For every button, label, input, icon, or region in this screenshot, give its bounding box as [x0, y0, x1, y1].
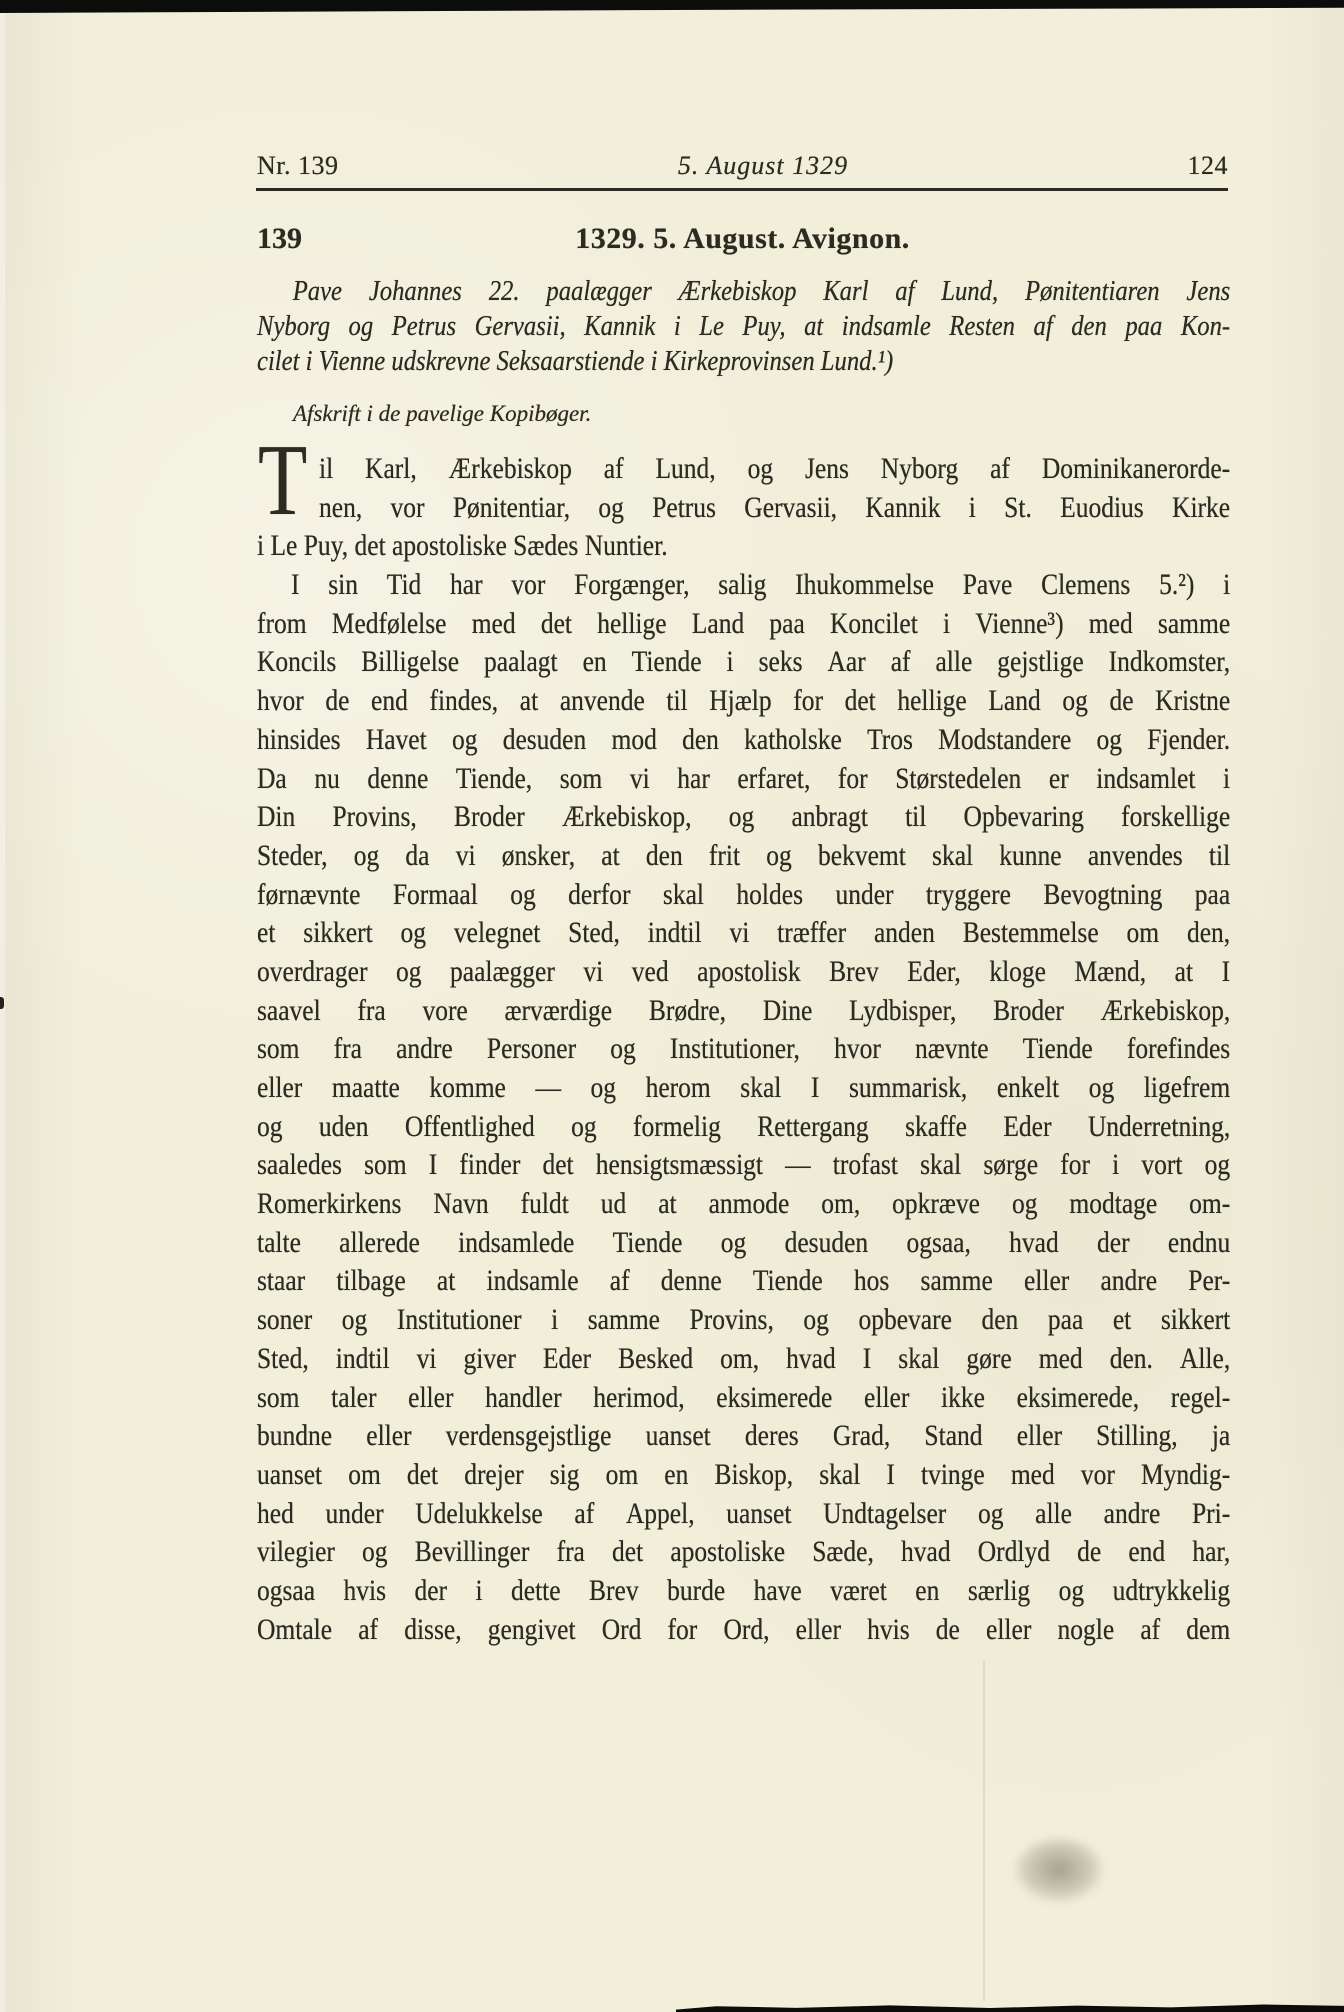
body-text-line: KoncilsBilligelsepaalagtenTiendeiseksAar…	[257, 643, 1230, 682]
body-text-line: DinProvins,BroderÆrkebiskop,oganbragttil…	[257, 798, 1230, 837]
scanned-book-page: Nr. 139 5. August 1329 124 139 1329. 5. …	[0, 0, 1344, 2012]
letter-body: T ilKarl,ÆrkebiskopafLund,ogJensNyborgaf…	[257, 450, 1230, 1649]
summary-line: PaveJohannes22.paalæggerÆrkebiskopKarlaf…	[257, 274, 1230, 309]
entry-number: 139	[257, 222, 302, 256]
body-text-line: Steder,ogdaviønsker,atdenfritogbekvemtsk…	[257, 837, 1230, 876]
regest-summary: PaveJohannes22.paalæggerÆrkebiskopKarlaf…	[257, 274, 1230, 379]
ink-smudge	[1005, 1838, 1113, 1936]
summary-line: NyborgogPetrusGervasii,KannikiLePuy,atin…	[257, 309, 1230, 344]
body-text-line: fromMedfølelsemeddethelligeLandpaaKoncil…	[257, 605, 1230, 644]
entry-heading: 1329. 5. August. Avignon.	[257, 222, 1228, 256]
edge-ink-speck	[0, 997, 4, 1009]
body-text-line: ogudenOffentlighedogformeligRettergangsk…	[257, 1108, 1230, 1147]
body-text-line: i Le Puy, det apostoliske Sædes Nuntier.	[257, 527, 1230, 566]
paper-edge-highlight	[0, 13, 5, 2012]
body-text-line: førnævnteFormaalogderforskalholdesundert…	[257, 876, 1230, 915]
body-text-line: ilKarl,ÆrkebiskopafLund,ogJensNyborgafDo…	[319, 450, 1230, 489]
header-page-number: 124	[1187, 151, 1228, 181]
body-text-line: IsinTidharvorForgænger,saligIhukommelseP…	[257, 566, 1230, 605]
body-text-line: hvordeendfindes,atanvendetilHjælpfordeth…	[257, 682, 1230, 721]
body-text-line: taltealleredeindsamledeTiendeogdesudenog…	[257, 1224, 1230, 1263]
body-text-line: hedunderUdelukkelseafAppel,uansetUndtage…	[257, 1495, 1230, 1534]
body-text-line: etsikkertogvelegnetSted,indtilvitræffera…	[257, 914, 1230, 953]
header-date: 5. August 1329	[678, 151, 848, 181]
scan-border-bottom	[676, 2001, 1344, 2012]
header-rule	[256, 188, 1228, 191]
body-text-line: RomerkirkensNavnfuldtudatanmodeom,opkræv…	[257, 1185, 1230, 1224]
paper-crease	[983, 1660, 985, 2001]
body-text-line: Omtaleafdisse,gengivetOrdforOrd,ellerhvi…	[257, 1611, 1230, 1650]
body-text-line: bundneellerverdensgejstligeuansetderesGr…	[257, 1417, 1230, 1456]
body-text-line: overdragerogpaalæggervivedapostoliskBrev…	[257, 953, 1230, 992]
body-text-line: nen,vorPønitentiar,ogPetrusGervasii,Kann…	[319, 489, 1230, 528]
body-text-line: DanudenneTiende,somviharerfaret,forStørs…	[257, 760, 1230, 799]
body-text-line: ellermaattekomme—ogheromskalIsummarisk,e…	[257, 1069, 1230, 1108]
body-text-line: saavelfravoreærværdigeBrødre,DineLydbisp…	[257, 992, 1230, 1031]
body-text-line: ogsaahvisderidetteBrevburdehaveværetensæ…	[257, 1572, 1230, 1611]
body-text-line: uansetomdetdrejersigomenBiskop,skalItvin…	[257, 1456, 1230, 1495]
body-text-line: vilegierogBevillingerfradetapostoliskeSæ…	[257, 1533, 1230, 1572]
body-text-line: saaledessomIfinderdethensigtsmæssigt—tro…	[257, 1146, 1230, 1185]
body-text-line: Sted,indtilvigiverEderBeskedom,hvadIskal…	[257, 1340, 1230, 1379]
body-text-line: hinsidesHavetogdesudenmoddenkatholskeTro…	[257, 721, 1230, 760]
running-header: Nr. 139 5. August 1329 124	[257, 151, 1228, 181]
body-text-line: somfraandrePersonerogInstitutioner,hvorn…	[257, 1030, 1230, 1069]
entry-title-row: 139 1329. 5. August. Avignon.	[257, 222, 1228, 258]
body-text-line: staartilbageatindsamleafdenneTiendehossa…	[257, 1262, 1230, 1301]
source-note: Afskrift i de pavelige Kopibøger.	[293, 400, 591, 428]
scan-border-top	[0, 0, 1344, 13]
drop-cap: T	[258, 430, 307, 532]
header-entry-number: Nr. 139	[257, 151, 339, 181]
summary-line: cilet i Vienne udskrevne Seksaarstiende …	[257, 344, 1230, 379]
body-lines: ilKarl,ÆrkebiskopafLund,ogJensNyborgafDo…	[257, 450, 1230, 1649]
body-text-line: somtalerellerhandlerherimod,eksimeredeel…	[257, 1379, 1230, 1418]
body-text-line: sonerogInstitutionerisammeProvins,ogopbe…	[257, 1301, 1230, 1340]
